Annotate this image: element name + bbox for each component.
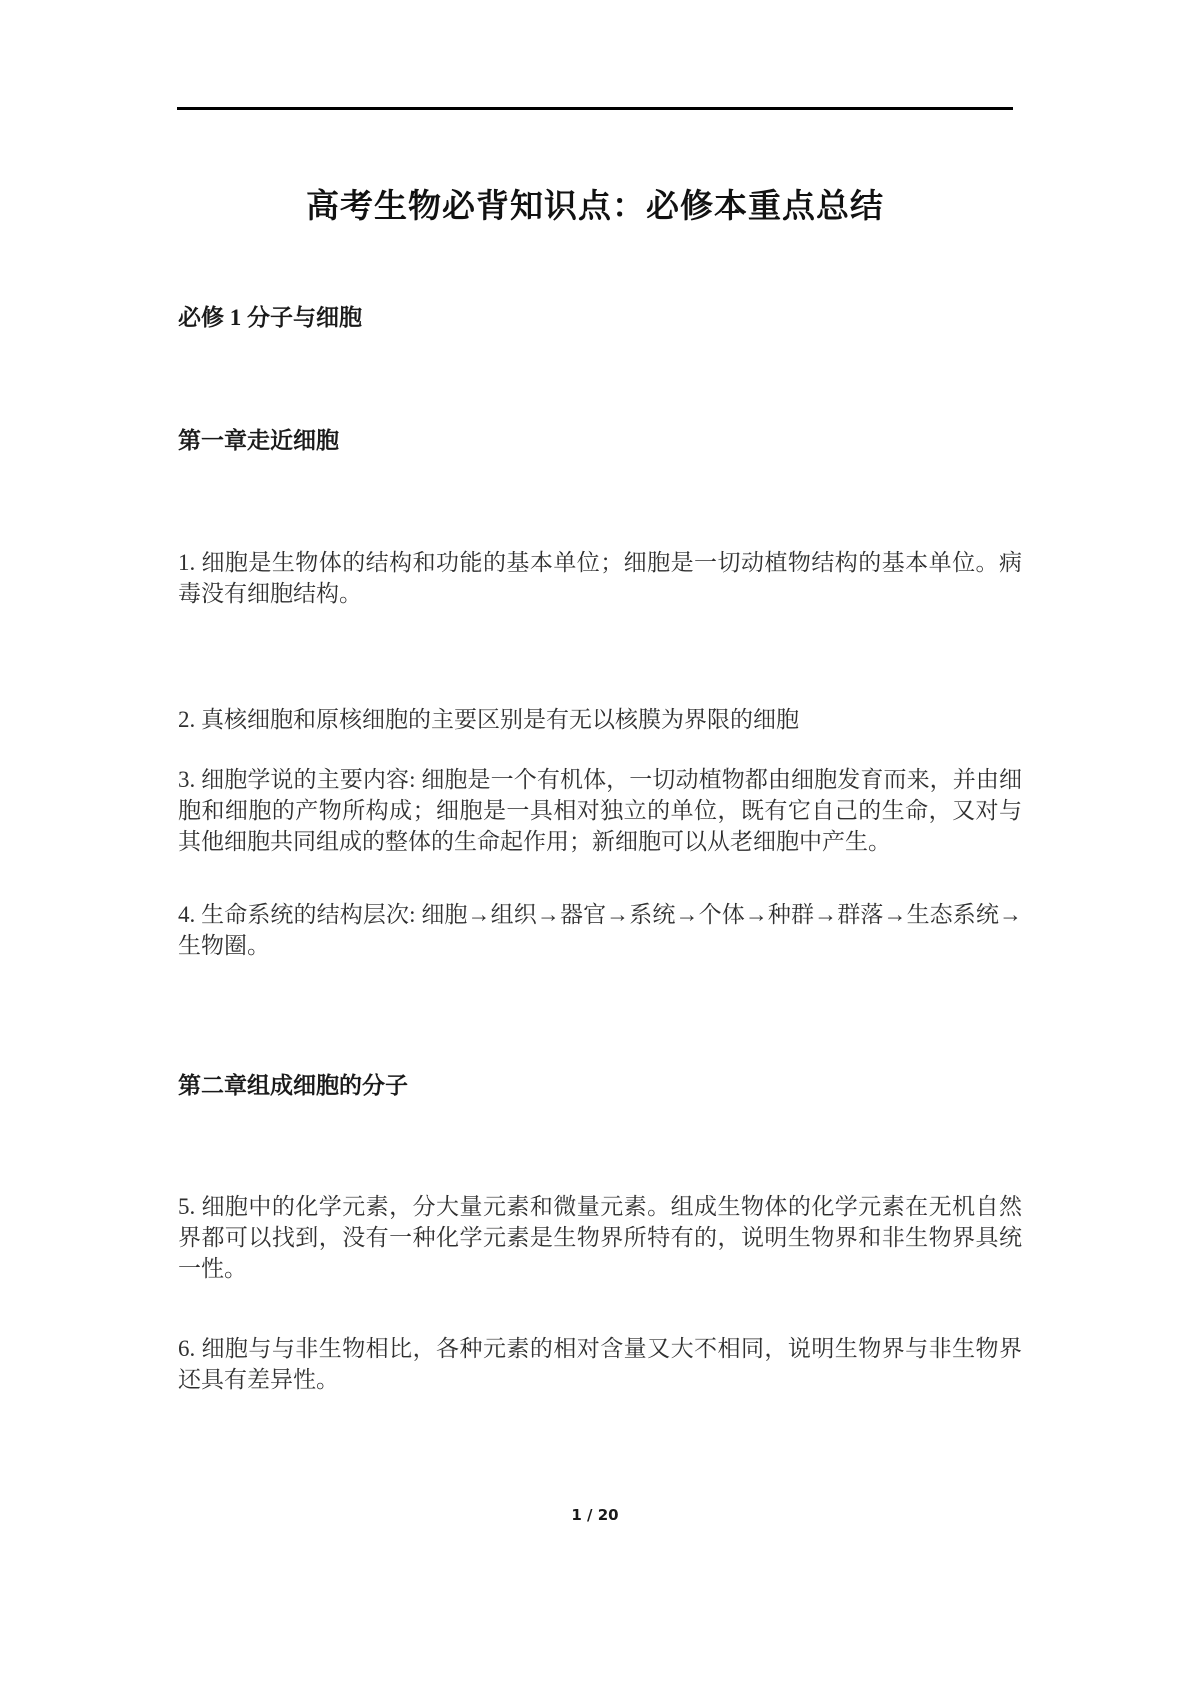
knowledge-point-3: 3. 细胞学说的主要内容: 细胞是一个有机体，一切动植物都由细胞发育而来，并由细… xyxy=(178,764,1022,857)
knowledge-point-2: 2. 真核细胞和原核细胞的主要区别是有无以核膜为界限的细胞 xyxy=(178,704,1022,735)
module-heading: 必修 1 分子与细胞 xyxy=(178,303,1020,332)
knowledge-point-5: 5. 细胞中的化学元素，分大量元素和微量元素。组成生物体的化学元素在无机自然界都… xyxy=(178,1191,1022,1284)
document-title: 高考生物必背知识点：必修本重点总结 xyxy=(0,186,1190,228)
chapter-1-heading: 第一章走近细胞 xyxy=(178,426,1020,455)
knowledge-point-4: 4. 生命系统的结构层次: 细胞→组织→器官→系统→个体→种群→群落→生态系统→… xyxy=(178,899,1022,961)
knowledge-point-6: 6. 细胞与与非生物相比，各种元素的相对含量又大不相同，说明生物界与非生物界还具… xyxy=(178,1333,1022,1395)
knowledge-point-1: 1. 细胞是生物体的结构和功能的基本单位；细胞是一切动植物结构的基本单位。病毒没… xyxy=(178,547,1022,609)
page-number: 1 / 20 xyxy=(0,1506,1190,1524)
chapter-2-heading: 第二章组成细胞的分子 xyxy=(178,1071,1020,1100)
top-rule-divider xyxy=(177,107,1013,110)
document-page: 高考生物必背知识点：必修本重点总结 必修 1 分子与细胞 第一章走近细胞 1. … xyxy=(0,0,1190,1684)
